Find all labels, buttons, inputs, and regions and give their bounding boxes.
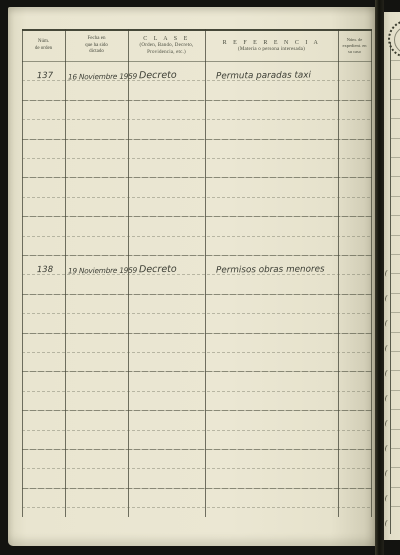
row-rule: [22, 371, 372, 372]
register-page: Núm. de orden Fecha en que ha sido dicta…: [8, 7, 375, 546]
header-num: Núm. de orden: [22, 31, 65, 61]
register-entry: 137 16 Noviembre 1959 Decreto Permuta pa…: [22, 63, 372, 82]
book-gutter: [375, 0, 384, 555]
next-page-row-rule: [390, 79, 400, 80]
header-clase-title: C L A S E: [143, 35, 190, 43]
next-page-row-rule: [390, 370, 400, 371]
header-referencia: R E F E R E N C I A (Materia o persona i…: [205, 31, 338, 61]
row-rule: [22, 294, 372, 295]
next-page-row-rule: [390, 60, 400, 61]
book-scan: Núm. de orden Fecha en que ha sido dicta…: [0, 0, 400, 555]
row-rule: [22, 197, 372, 198]
row-rule: [22, 391, 372, 392]
next-page-row-rule: [390, 215, 400, 216]
header-fecha: Fecha en que ha sido dictado: [65, 31, 128, 61]
header-clase: C L A S E (Orden, Bando, Decreto, Provid…: [128, 31, 205, 61]
next-page-row-rule: [390, 138, 400, 139]
next-page-row-rule: [390, 254, 400, 255]
row-rule: [22, 139, 372, 140]
entry-reference: Permisos obras menores: [216, 264, 325, 275]
entry-reference: Permuta paradas taxi: [216, 71, 311, 82]
next-page-row-rule: [390, 487, 400, 488]
row-rule: [22, 468, 372, 469]
next-page-row-rule: [390, 196, 400, 197]
header-expediente: Núm. de expedient. en su caso: [338, 31, 371, 61]
header-bottom-rule: [22, 61, 372, 62]
entry-number: 138: [28, 265, 62, 275]
row-rule: [22, 119, 372, 120]
row-rule: [22, 449, 372, 450]
next-page-row-rule: [390, 312, 400, 313]
row-rule: [22, 177, 372, 178]
row-rule: [22, 430, 372, 431]
row-rule: [22, 313, 372, 314]
next-page-row-rule: [390, 235, 400, 236]
next-page-row-rule: [390, 99, 400, 100]
next-page-row-rule: [390, 467, 400, 468]
register-table: Núm. de orden Fecha en que ha sido dicta…: [22, 29, 372, 529]
row-rule: [22, 507, 372, 508]
next-page-row-rule: [390, 506, 400, 507]
header-clase-sub: (Orden, Bando, Decreto, Providencia, etc…: [140, 43, 194, 57]
next-page-row-rule: [390, 351, 400, 352]
header-referencia-title: R E F E R E N C I A: [223, 39, 321, 47]
next-page-edge: [384, 12, 400, 540]
entry-class: Decreto: [139, 70, 177, 81]
row-rule: [22, 100, 372, 101]
row-rule: [22, 255, 372, 256]
next-page-row-rule: [390, 293, 400, 294]
entry-number: 137: [28, 71, 62, 81]
header-referencia-sub: (Materia o persona interesada): [238, 47, 305, 54]
next-page-row-rule: [390, 448, 400, 449]
next-page-row-rule: [390, 409, 400, 410]
row-rule: [22, 333, 372, 334]
row-rule: [22, 352, 372, 353]
next-page-row-rule: [390, 118, 400, 119]
row-rule: [22, 410, 372, 411]
row-rule: [22, 236, 372, 237]
register-entry: 138 19 Noviembre 1959 Decreto Permisos o…: [22, 257, 372, 276]
row-rule: [22, 158, 372, 159]
next-page-row-rule: [390, 332, 400, 333]
next-page-row-rule: [390, 429, 400, 430]
entry-class: Decreto: [139, 264, 177, 275]
row-rule: [22, 488, 372, 489]
next-page-row-rule: [390, 273, 400, 274]
entry-date: 16 Noviembre 1959: [68, 72, 137, 82]
next-page-row-rule: [390, 157, 400, 158]
next-page-column-rule: [390, 42, 391, 534]
next-page-row-rule: [390, 176, 400, 177]
next-page-row-rule: [390, 390, 400, 391]
entry-date: 19 Noviembre 1959: [68, 266, 137, 276]
row-rule: [22, 216, 372, 217]
